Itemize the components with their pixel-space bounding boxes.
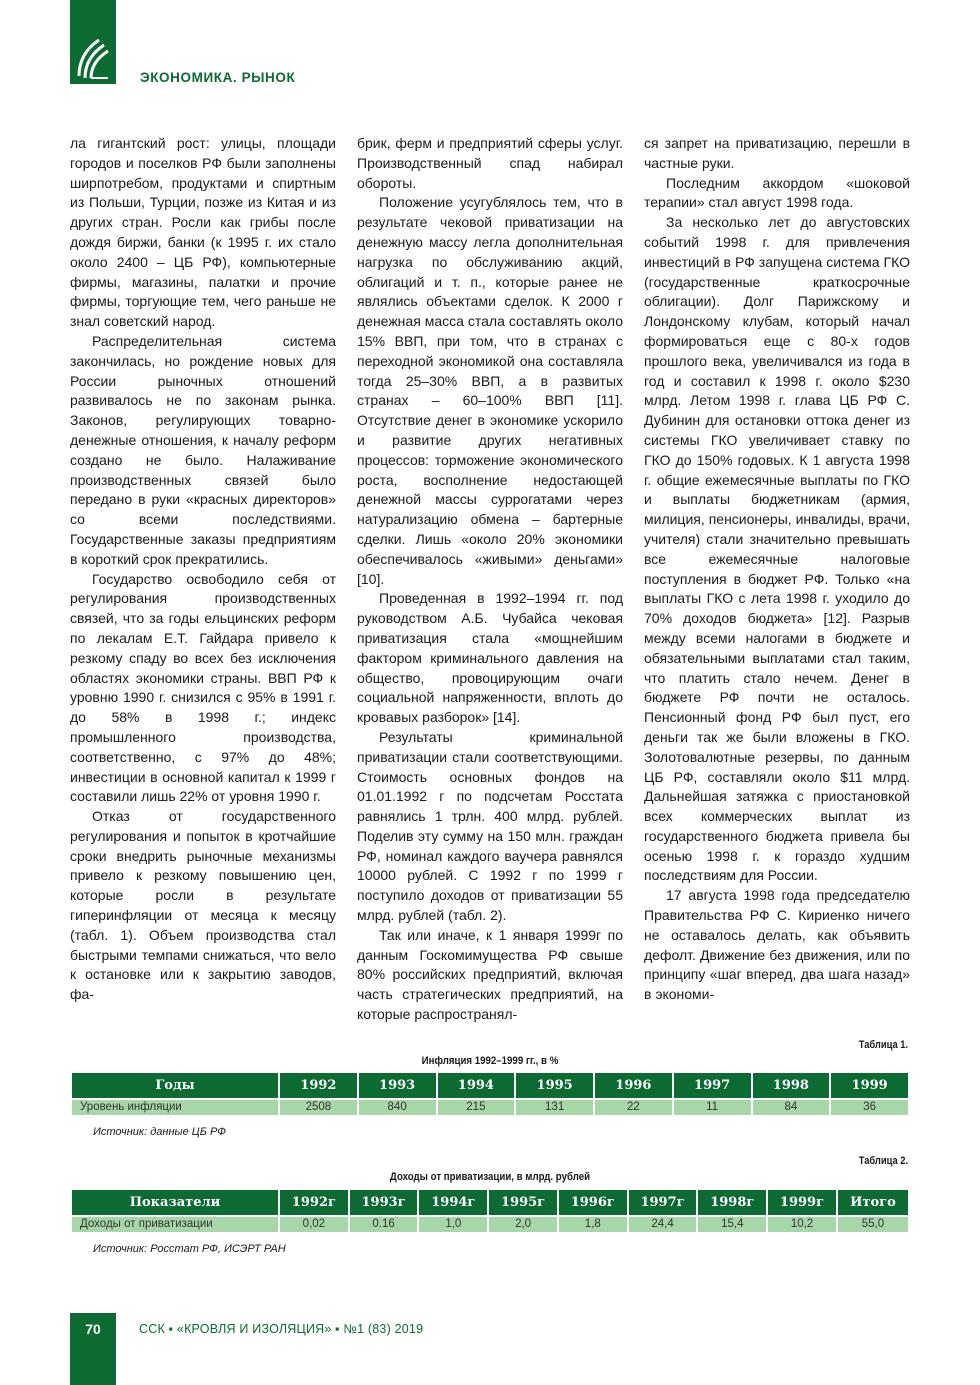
paragraph: ся запрет на приватизацию, перешли в час… [644,134,910,174]
paragraph: Проведенная в 1992–1994 гг. под руководс… [357,589,623,728]
table-row: Уровень инфляции 2508 840 215 131 22 11 … [72,1100,908,1115]
table-cell: Уровень инфляции [72,1100,278,1115]
table-header-cell: 1994 [438,1073,515,1098]
table1-caption: Инфляция 1992–1999 гг., в % [59,1055,921,1067]
table-header-cell: 1999 [831,1073,908,1098]
paragraph: Положение усугублялось тем, что в резуль… [357,193,623,589]
table-cell: 131 [516,1100,593,1115]
table-header-cell: 1994г [419,1190,487,1215]
table-cell: 36 [831,1100,908,1115]
table-cell: 215 [438,1100,515,1115]
table-cell: 11 [674,1100,751,1115]
inflation-table: Годы 1992 1993 1994 1995 1996 1997 1998 … [70,1071,910,1117]
table-header-cell: 1995г [489,1190,557,1215]
table1-source: Источник: данные ЦБ РФ [93,1126,226,1138]
table-cell: 22 [595,1100,672,1115]
table-cell: 24,4 [629,1217,697,1232]
table-header-cell: Итого [838,1190,908,1215]
table-header-cell: 1992 [280,1073,357,1098]
table-header-cell: 1998 [753,1073,830,1098]
table-header-cell: 1997 [674,1073,751,1098]
table-header-cell: 1999г [768,1190,836,1215]
paragraph: Результаты криминальной приватизации ста… [357,728,623,926]
table-header-cell: 1993г [350,1190,418,1215]
section-title: ЭКОНОМИКА. РЫНОК [140,70,295,85]
table-row: Доходы от приватизации 0,02 0.16 1,0 2,0… [72,1217,908,1232]
privatization-table: Показатели 1992г 1993г 1994г 1995г 1996г… [70,1188,910,1234]
table-header-row: Показатели 1992г 1993г 1994г 1995г 1996г… [72,1190,908,1215]
table-header-cell: 1992г [280,1190,348,1215]
table2-caption: Доходы от приватизации, в млрд. рублей [59,1171,921,1183]
table-cell: 1,0 [419,1217,487,1232]
paragraph: Последним аккордом «шоковой терапии» ста… [644,174,910,214]
table-cell: 84 [753,1100,830,1115]
paragraph: Так или иначе, к 1 января 1999г по данны… [357,926,623,1025]
page-number: 70 [70,1321,116,1337]
table-header-cell: 1996г [559,1190,627,1215]
paragraph: Государство освободило себя от регулиров… [70,570,336,808]
paragraph: брик, ферм и предприятий сферы услуг. Пр… [357,134,623,193]
table-cell: 15,4 [698,1217,766,1232]
paragraph: 17 августа 1998 года председателю Правит… [644,886,910,1005]
page-number-box: 70 [70,1313,116,1385]
table-header-cell: Годы [72,1073,278,1098]
table-cell: 1,8 [559,1217,627,1232]
table-cell: 0.16 [350,1217,418,1232]
text-column-2: брик, ферм и предприятий сферы услуг. Пр… [357,134,623,1025]
publication-info: ССК ▪ «КРОВЛЯ И ИЗОЛЯЦИЯ» ▪ №1 (83) 2019 [139,1322,423,1336]
table-header-row: Годы 1992 1993 1994 1995 1996 1997 1998 … [72,1073,908,1098]
table-header-cell: 1995 [516,1073,593,1098]
table-cell: Доходы от приватизации [72,1217,278,1232]
table-header-cell: 1993 [359,1073,436,1098]
magazine-logo [70,0,116,84]
table-header-cell: 1996 [595,1073,672,1098]
paragraph: ла гигантский рост: улицы, площади город… [70,134,336,332]
table2-label: Таблица 2. [859,1155,908,1167]
table-header-cell: 1998г [698,1190,766,1215]
table-cell: 0,02 [280,1217,348,1232]
table-cell: 10,2 [768,1217,836,1232]
table-cell: 2,0 [489,1217,557,1232]
table1-label: Таблица 1. [859,1039,908,1051]
paragraph: За несколько лет до августовских событий… [644,213,910,886]
table-cell: 55,0 [838,1217,908,1232]
paragraph: Распределительная система закончилась, н… [70,332,336,570]
text-column-1: ла гигантский рост: улицы, площади город… [70,134,336,1005]
table2-source: Источник: Росстат РФ, ИСЭРТ РАН [93,1243,286,1255]
table-header-cell: Показатели [72,1190,278,1215]
text-column-3: ся запрет на приватизацию, перешли в час… [644,134,910,1005]
table-header-cell: 1997г [629,1190,697,1215]
table-cell: 840 [359,1100,436,1115]
stylized-roof-lines-icon [77,36,109,80]
paragraph: Отказ от государственного регулирования … [70,807,336,1005]
table-cell: 2508 [280,1100,357,1115]
